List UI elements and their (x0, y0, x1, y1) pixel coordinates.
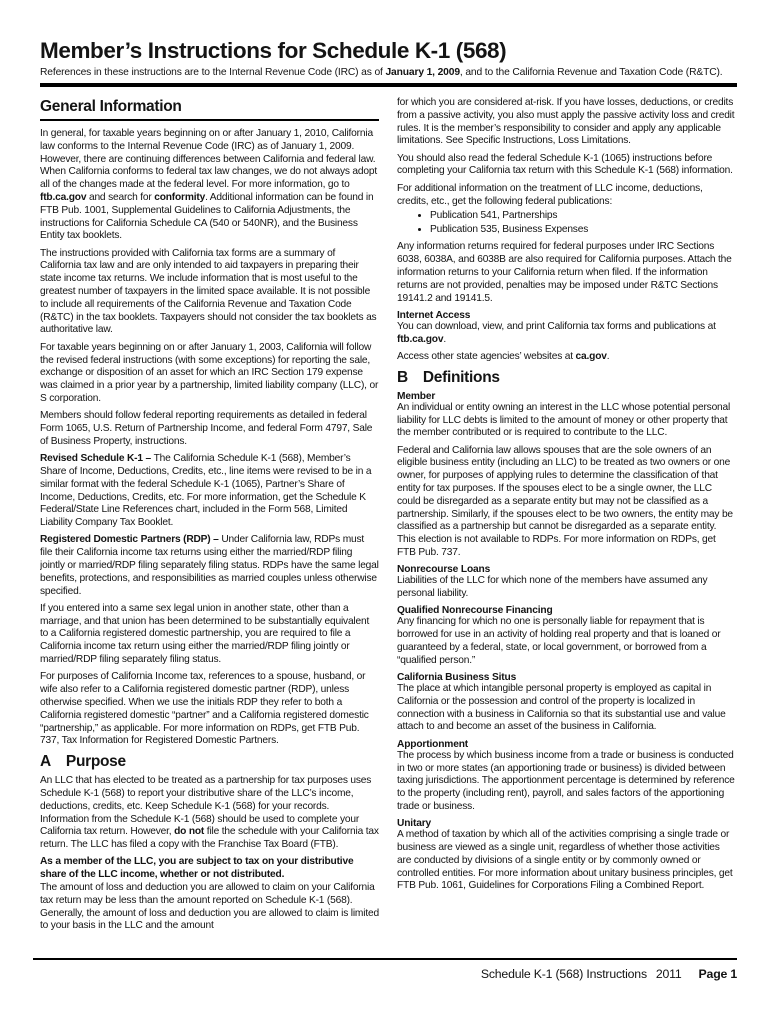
definition-body: The place at which intangible personal p… (397, 683, 736, 734)
paragraph: You should also read the federal Schedul… (397, 153, 736, 179)
document-page: Member’s Instructions for Schedule K-1 (… (0, 0, 770, 1024)
paragraph: For additional information on the treatm… (397, 183, 736, 209)
paragraph: You can download, view, and print Califo… (397, 321, 736, 347)
section-label: Purpose (66, 753, 126, 770)
footer-page-number: Page 1 (699, 967, 737, 981)
paragraph: In general, for taxable years beginning … (40, 128, 379, 243)
section-letter: B (397, 369, 408, 386)
definition-body: A method of taxation by which all of the… (397, 829, 736, 893)
definition-term: Qualified Nonrecourse Financing (397, 605, 736, 616)
paragraph: For taxable years beginning on or after … (40, 342, 379, 406)
footer-doc-title: Schedule K-1 (568) Instructions (481, 967, 647, 981)
paragraph: The amount of loss and deduction you are… (40, 882, 379, 933)
publications-list: Publication 541, Partnerships Publicatio… (397, 209, 736, 236)
paragraph: Revised Schedule K-1 – The California Sc… (40, 453, 379, 530)
subtitle: References in these instructions are to … (40, 67, 737, 78)
paragraph: Members should follow federal reporting … (40, 410, 379, 448)
definition-term: Unitary (397, 818, 736, 829)
right-column: for which you are considered at-risk. If… (397, 97, 736, 955)
definition-body: An individual or entity owning an intere… (397, 402, 736, 440)
two-column-body: General Information In general, for taxa… (40, 97, 737, 955)
paragraph-bold-lead: As a member of the LLC, you are subject … (40, 856, 379, 882)
section-heading-definitions: BDefinitions (397, 369, 736, 387)
definition-body: Federal and California law allows spouse… (397, 445, 736, 560)
definition-term: California Business Situs (397, 672, 736, 683)
paragraph: for which you are considered at-risk. If… (397, 97, 736, 148)
definition-body: Any financing for which no one is person… (397, 616, 736, 667)
paragraph: If you entered into a same sex legal uni… (40, 603, 379, 667)
paragraph: For purposes of California Income tax, r… (40, 671, 379, 748)
list-item: Publication 541, Partnerships (430, 209, 736, 223)
paragraph: Access other state agencies’ websites at… (397, 351, 736, 364)
paragraph: The instructions provided with Californi… (40, 248, 379, 338)
paragraph: An LLC that has elected to be treated as… (40, 775, 379, 852)
section-label: Definitions (423, 369, 500, 386)
section-heading-general-information: General Information (40, 98, 379, 121)
definition-term: Nonrecourse Loans (397, 564, 736, 575)
section-heading-purpose: APurpose (40, 753, 379, 771)
footer-year: 2011 (656, 967, 682, 981)
definition-term: Member (397, 391, 736, 402)
definition-body: Liabilities of the LLC for which none of… (397, 575, 736, 601)
page-footer: Schedule K-1 (568) Instructions2011Page … (33, 958, 737, 981)
definition-term: Apportionment (397, 739, 736, 750)
document-header: Member’s Instructions for Schedule K-1 (… (40, 38, 737, 87)
header-rule (40, 83, 737, 87)
left-column: General Information In general, for taxa… (40, 97, 379, 955)
section-letter: A (40, 753, 51, 770)
list-item: Publication 535, Business Expenses (430, 223, 736, 237)
definition-body: The process by which business income fro… (397, 750, 736, 814)
page-title: Member’s Instructions for Schedule K-1 (… (40, 38, 737, 64)
paragraph: Any information returns required for fed… (397, 241, 736, 305)
subheading-internet-access: Internet Access (397, 310, 736, 321)
paragraph: Registered Domestic Partners (RDP) – Und… (40, 534, 379, 598)
